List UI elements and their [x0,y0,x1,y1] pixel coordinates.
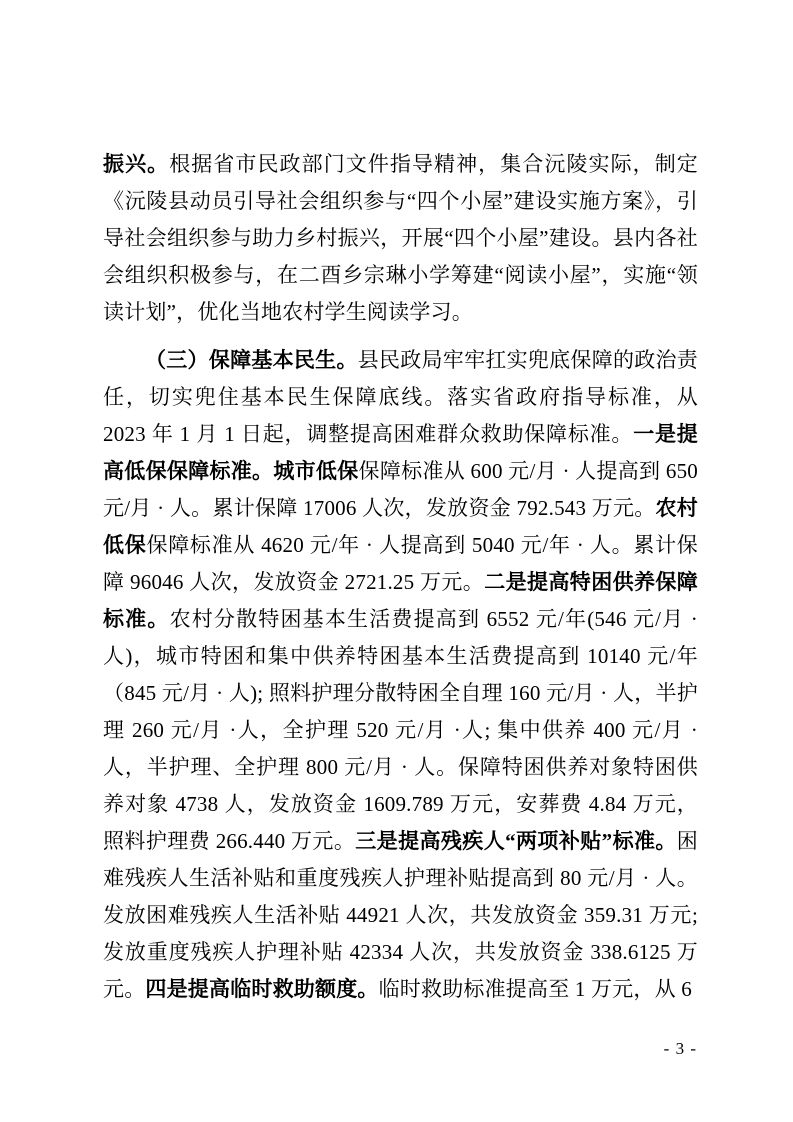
bold-text-run: 三是提高残疾人“两项补贴”标准。 [355,829,677,853]
document-page: 振兴。根据省市民政部门文件指导精神，集合沅陵实际，制定《沅陵县动员引导社会组织参… [0,0,793,1122]
bold-text-run: （三）保障基本民生。 [145,348,358,372]
text-run: 农村分散特困基本生活费提高到 6552 元/年(546 元/月 ·人)，城市特困… [103,607,698,853]
paragraph: 振兴。根据省市民政部门文件指导精神，集合沅陵实际，制定《沅陵县动员引导社会组织参… [103,146,698,331]
text-run: 根据省市民政部门文件指导精神，集合沅陵实际，制定《沅陵县动员引导社会组织参与“四… [103,152,698,324]
document-body: 振兴。根据省市民政部门文件指导精神，集合沅陵实际，制定《沅陵县动员引导社会组织参… [103,146,698,1008]
text-run: 临时救助标准提高至 1 万元，从 6 [379,977,692,1001]
paragraph: （三）保障基本民生。县民政局牢牢扛实兜底保障的政治责任，切实兜住基本民生保障底线… [103,342,698,1008]
bold-text-run: 四是提高临时救助额度。 [145,977,378,1001]
page-number: - 3 - [664,1038,697,1060]
bold-text-run: 振兴。 [103,152,169,176]
text-run: 困难残疾人生活补贴和重度残疾人护理补贴提高到 80 元/月 · 人。发放困难残疾… [103,829,698,1001]
